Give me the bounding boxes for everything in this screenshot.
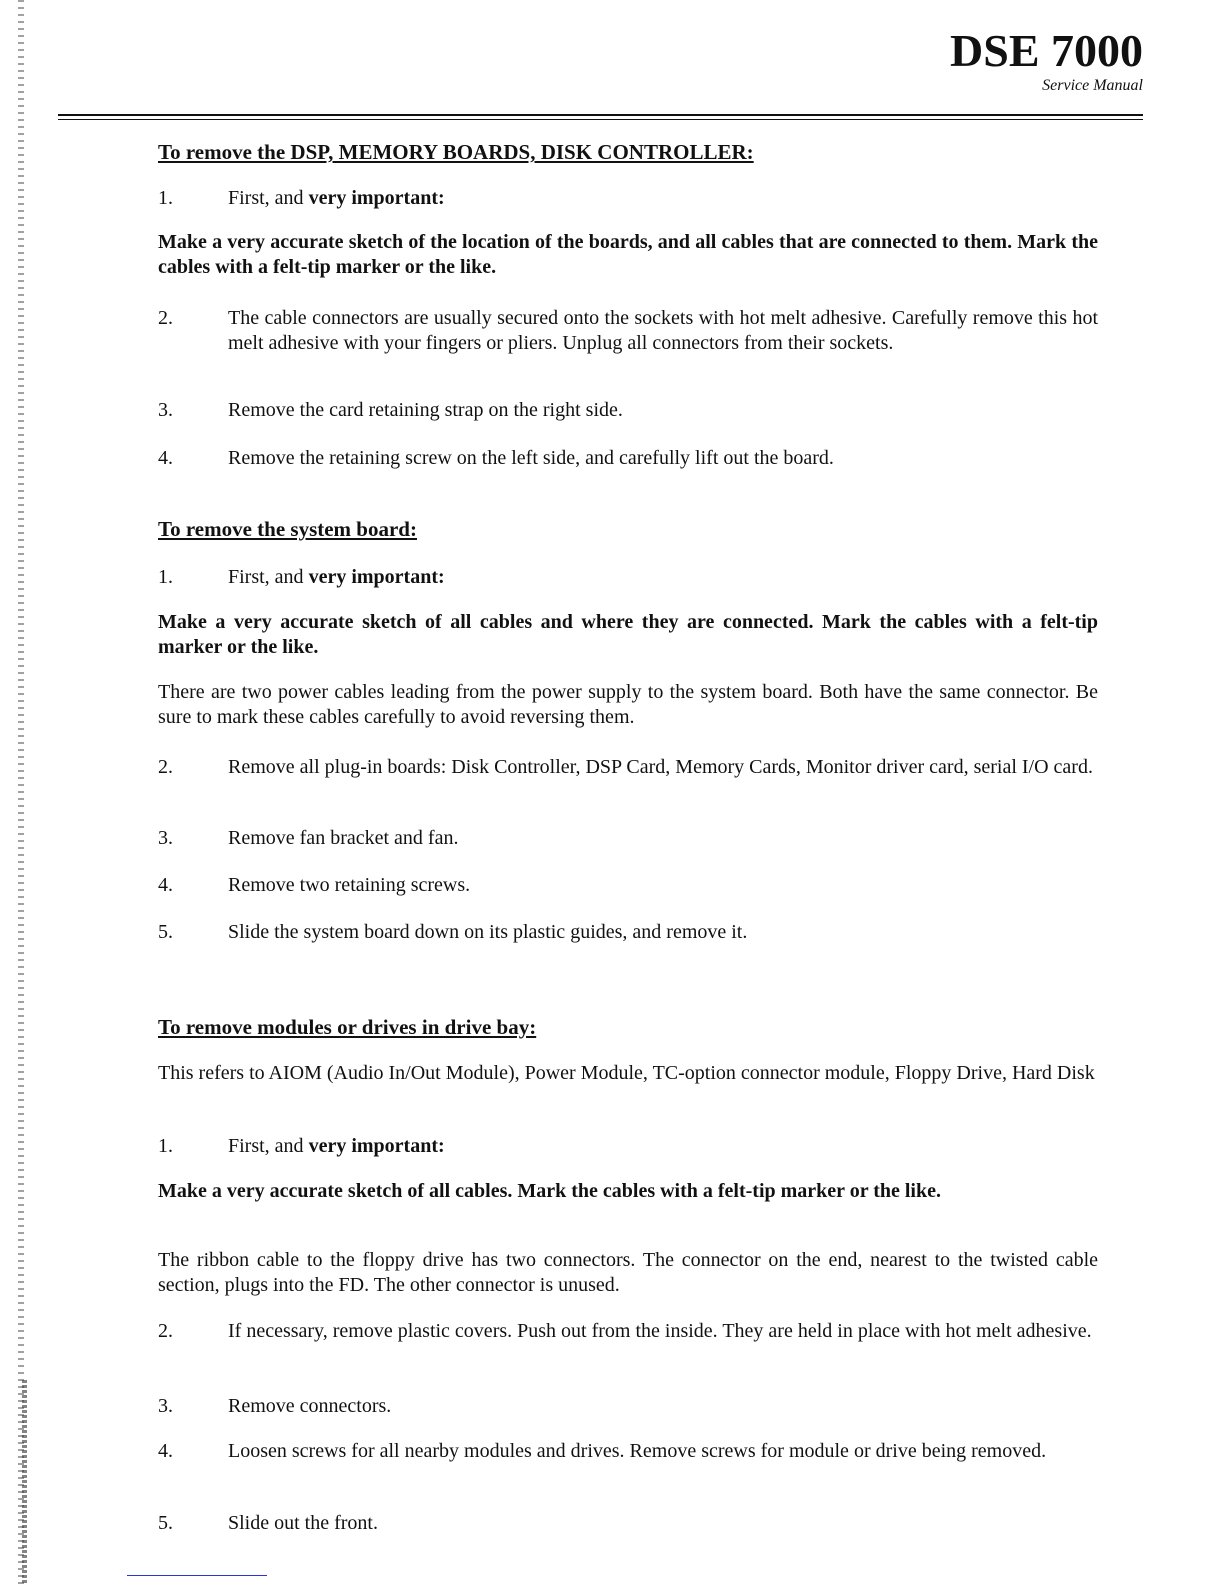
step-number: 1. <box>158 1134 173 1159</box>
step-number: 4. <box>158 446 173 471</box>
step-number: 2. <box>158 755 173 780</box>
section-heading-drive-bay: To remove modules or drives in drive bay… <box>158 1015 536 1040</box>
step-text-bold: very important: <box>309 566 445 588</box>
intro-paragraph: This refers to AIOM (Audio In/Out Module… <box>158 1061 1098 1086</box>
manual-subtitle: Service Manual <box>1042 78 1143 94</box>
step-number: 5. <box>158 920 173 945</box>
step-text: First, and very important: <box>228 186 1098 211</box>
step-number: 1. <box>158 186 173 211</box>
warning-paragraph: Make a very accurate sketch of all cable… <box>158 610 1098 660</box>
step-number: 4. <box>158 1439 173 1464</box>
step-text: First, and very important: <box>228 565 1098 590</box>
step-number: 2. <box>158 306 173 331</box>
scan-edge-artifact <box>18 0 24 1585</box>
step-text: Remove connectors. <box>228 1394 1098 1419</box>
step-text: Loosen screws for all nearby modules and… <box>228 1439 1098 1464</box>
step-text: Remove two retaining screws. <box>228 873 1098 898</box>
step-number: 4. <box>158 873 173 898</box>
note-paragraph: There are two power cables leading from … <box>158 680 1098 730</box>
step-text: Remove all plug-in boards: Disk Controll… <box>228 755 1098 780</box>
step-text-bold: very important: <box>309 187 445 209</box>
step-number: 3. <box>158 1394 173 1419</box>
step-text: The cable connectors are usually secured… <box>228 306 1098 356</box>
step-number: 3. <box>158 398 173 423</box>
footnote-separator-line <box>127 1575 267 1576</box>
warning-paragraph: Make a very accurate sketch of the locat… <box>158 230 1098 280</box>
step-text-plain: First, and <box>228 1135 309 1157</box>
warning-paragraph: Make a very accurate sketch of all cable… <box>158 1179 1098 1204</box>
header-rule-thick <box>58 114 1143 116</box>
step-number: 3. <box>158 826 173 851</box>
step-number: 5. <box>158 1511 173 1536</box>
section-heading-dsp-memory-disk: To remove the DSP, MEMORY BOARDS, DISK C… <box>158 140 754 165</box>
step-text-plain: First, and <box>228 187 309 209</box>
scan-edge-artifact-lower <box>22 1380 27 1585</box>
step-text: Remove fan bracket and fan. <box>228 826 1098 851</box>
section-heading-system-board: To remove the system board: <box>158 517 417 542</box>
step-text-plain: First, and <box>228 566 309 588</box>
step-number: 2. <box>158 1319 173 1344</box>
step-text: First, and very important: <box>228 1134 1098 1159</box>
note-paragraph: The ribbon cable to the floppy drive has… <box>158 1248 1098 1298</box>
step-text: If necessary, remove plastic covers. Pus… <box>228 1319 1098 1344</box>
step-text: Remove the retaining screw on the left s… <box>228 446 1098 471</box>
step-text: Slide the system board down on its plast… <box>228 920 768 945</box>
manual-title: DSE 7000 <box>950 28 1143 74</box>
step-text: Remove the card retaining strap on the r… <box>228 398 1098 423</box>
step-text-bold: very important: <box>309 1135 445 1157</box>
step-number: 1. <box>158 565 173 590</box>
step-text: Slide out the front. <box>228 1511 1098 1536</box>
header-rule-thin <box>58 119 1143 120</box>
